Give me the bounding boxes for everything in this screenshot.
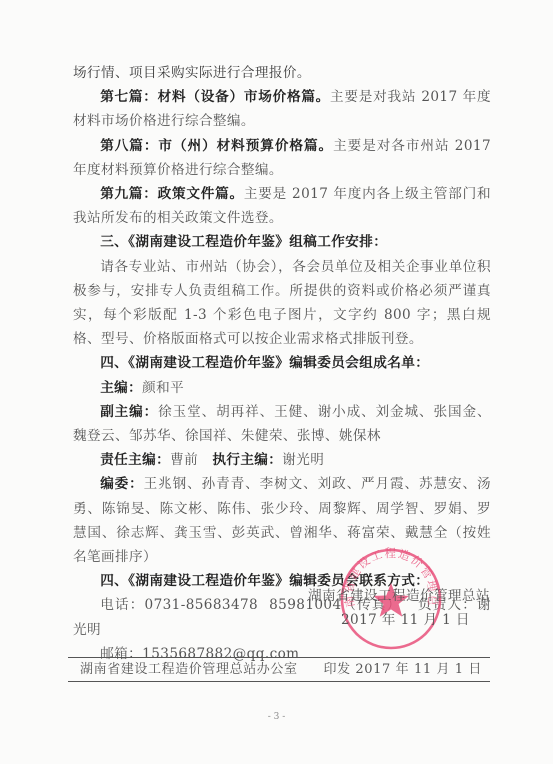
section-7-title: 第七篇：材料（设备）市场价格篇。 bbox=[100, 89, 330, 105]
carryover-text: 场行情、项目采购实际进行合理报价。 bbox=[73, 65, 311, 81]
responsible-editors-line: 责任主编：曹前 执行主编：谢光明 bbox=[73, 448, 491, 472]
responsible-editor-label: 责任主编： bbox=[100, 452, 170, 468]
committee-line: 编委：王兆钢、孙青青、李树文、刘政、严月霞、苏慧安、汤勇、陈锦旻、陈文彬、陈伟、… bbox=[73, 472, 491, 569]
executive-editor-name: 谢光明 bbox=[282, 452, 324, 468]
document-page: 场行情、项目采购实际进行合理报价。 第七篇：材料（设备）市场价格篇。主要是对我站… bbox=[0, 0, 553, 764]
executive-editor-label: 执行主编： bbox=[212, 452, 282, 468]
footer-issuer: 湖南省建设工程造价管理总站办公室 bbox=[80, 658, 298, 681]
section-8-title: 第八篇：市（州）材料预算价格篇。 bbox=[100, 138, 333, 154]
responsible-editor-name: 曹前 bbox=[170, 452, 198, 468]
part-3-body: 请各专业站、市州站（协会），各会员单位及相关企事业单位积极参与，安排专人负责组稿… bbox=[73, 255, 491, 352]
signature-organization: 湖南省建设工程造价管理总站 bbox=[308, 584, 490, 608]
section-7: 第七篇：材料（设备）市场价格篇。主要是对我站 2017 年度材料市场价格进行综合… bbox=[73, 85, 491, 133]
section-9-title: 第九篇：政策文件篇。 bbox=[100, 186, 244, 202]
page-number: - 3 - bbox=[0, 712, 553, 722]
committee-label: 编委： bbox=[100, 476, 143, 492]
signature-block: 湖南省建设工程造价管理总站 2017 年 11 月 1 日 bbox=[308, 584, 490, 632]
chief-editor-label: 主编： bbox=[100, 380, 142, 396]
part-3-heading: 三、《湖南建设工程造价年鉴》组稿工作安排： bbox=[73, 230, 491, 254]
carryover-line: 场行情、项目采购实际进行合理报价。 bbox=[73, 61, 491, 85]
signature-date: 2017 年 11 月 1 日 bbox=[308, 608, 490, 632]
part-4-heading: 四、《湖南建设工程造价年鉴》编辑委员会组成名单： bbox=[73, 351, 491, 375]
footer-issue-date: 印发 2017 年 11 月 1 日 bbox=[324, 658, 483, 681]
section-8: 第八篇：市（州）材料预算价格篇。主要是对各市州站 2017 年度材料预算价格进行… bbox=[73, 134, 491, 182]
deputy-editors-line: 副主编：徐玉堂、胡再祥、王健、谢小成、刘金城、张国金、魏登云、邹苏华、徐国祥、朱… bbox=[73, 400, 491, 448]
chief-editor-name: 颜和平 bbox=[142, 380, 184, 396]
phone-number: 0731-85683478 bbox=[145, 597, 259, 613]
deputy-editors-label: 副主编： bbox=[100, 404, 158, 420]
section-9: 第九篇：政策文件篇。主要是 2017 年度内各上级主管部门和我站所发布的相关政策… bbox=[73, 182, 491, 230]
phone-label: 电话： bbox=[100, 597, 144, 613]
document-body: 场行情、项目采购实际进行合理报价。 第七篇：材料（设备）市场价格篇。主要是对我站… bbox=[73, 61, 491, 666]
chief-editor-line: 主编：颜和平 bbox=[73, 376, 491, 400]
issuance-footer: 湖南省建设工程造价管理总站办公室 印发 2017 年 11 月 1 日 bbox=[68, 657, 490, 682]
